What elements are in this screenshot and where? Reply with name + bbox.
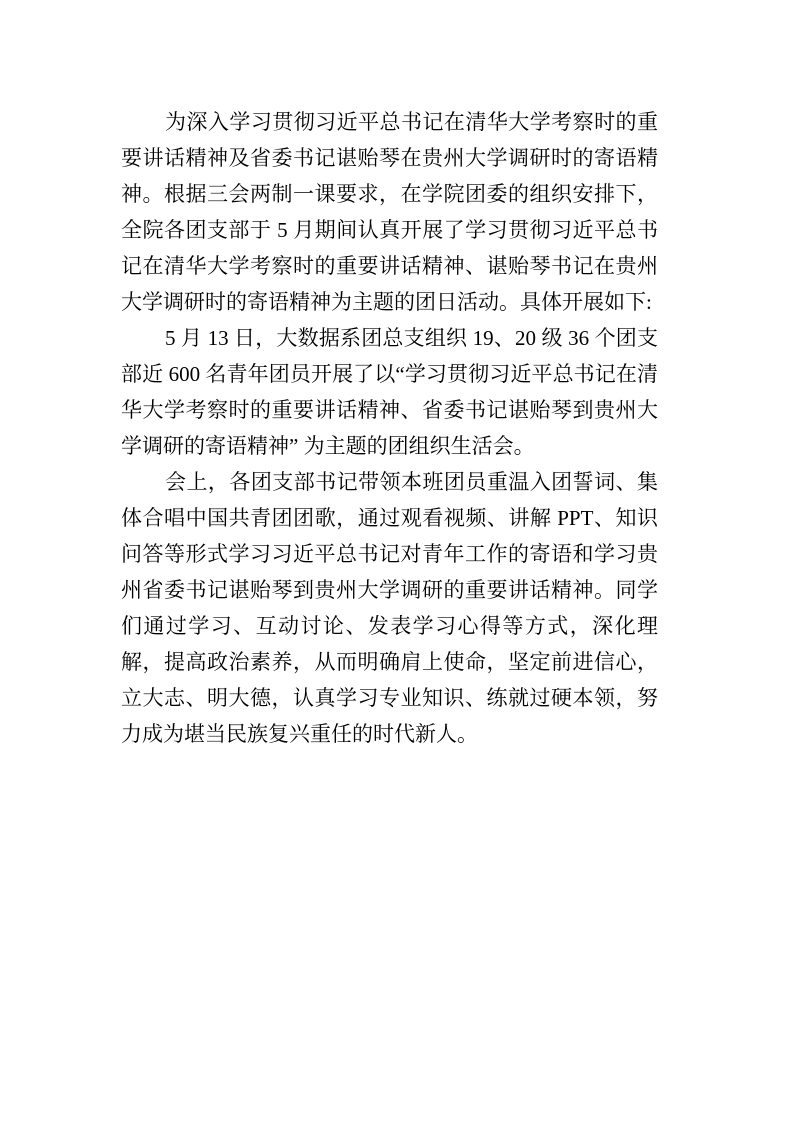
- document-page: 为深入学习贯彻习近平总书记在清华大学考察时的重要讲话精神及省委书记谌贻琴在贵州大…: [0, 0, 793, 1122]
- paragraph-intro: 为深入学习贯彻习近平总书记在清华大学考察时的重要讲话精神及省委书记谌贻琴在贵州大…: [121, 104, 658, 320]
- paragraph-meeting: 会上，各团支部书记带领本班团员重温入团誓词、集体合唱中国共青团团歌，通过观看视频…: [121, 464, 658, 752]
- document-body: 为深入学习贯彻习近平总书记在清华大学考察时的重要讲话精神及省委书记谌贻琴在贵州大…: [121, 104, 658, 752]
- paragraph-activity: 5 月 13 日，大数据系团总支组织 19、20 级 36 个团支部近 600 …: [121, 320, 658, 464]
